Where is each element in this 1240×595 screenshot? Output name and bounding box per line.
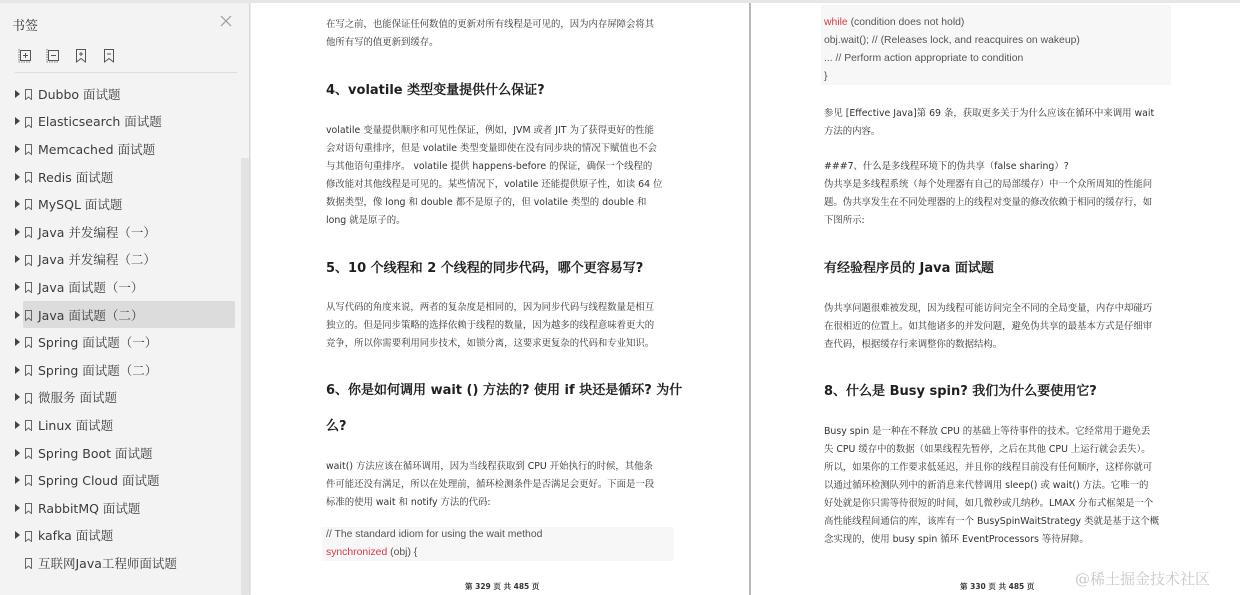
bookmarks-title: 书签 <box>12 15 38 34</box>
bookmark-label: 互联网Java工程师面试题 <box>38 554 177 572</box>
bookmark-item-internet-java-engineer[interactable]: 互联网Java工程师面试题 <box>0 549 240 577</box>
bookmark-icon <box>25 282 32 293</box>
bookmark-item-spring-boot[interactable]: Spring Boot 面试题 <box>0 439 240 467</box>
paragraph-line: 念实现的，使用 busy spin 循环 EventProcessors 等待屏… <box>824 531 1089 549</box>
paragraph-line: 件可能还没有满足，所以在处理前，循环检测条件是否满足会更好。下面是一段 <box>326 476 654 494</box>
bookmark-label: Spring 面试题（一） <box>38 333 157 351</box>
paragraph-line: 好处就是你只需等待很短的时间，如几微秒或几纳秒。LMAX 分布式框架是一个 <box>824 495 1153 513</box>
code-text: (obj) { <box>387 547 417 558</box>
expand-caret-icon[interactable] <box>15 255 20 263</box>
paragraph-line: 数据类型，像 long 和 double 都不是原子的，但 volatile 类… <box>326 194 646 212</box>
expand-caret-icon[interactable] <box>15 504 20 512</box>
expand-caret-icon[interactable] <box>15 90 20 98</box>
bookmark-item-spring-1[interactable]: Spring 面试题（一） <box>0 328 240 356</box>
expand-caret-icon[interactable] <box>15 476 20 484</box>
bookmark-label: Spring 面试题（二） <box>38 361 157 379</box>
bookmark-item-microservices[interactable]: 微服务 面试题 <box>0 384 240 412</box>
bookmark-label: Spring Boot 面试题 <box>38 444 153 462</box>
paragraph-line: 以通过循环检测队列中的新消息来代替调用 sleep() 或 wait() 方法。… <box>824 477 1148 495</box>
bookmark-icon <box>25 448 32 459</box>
bookmark-label: Dubbo 面试题 <box>38 85 121 103</box>
bookmark-label: Linux 面试题 <box>38 416 113 434</box>
add-bookmark-icon[interactable] <box>74 48 88 64</box>
code-line: // The standard idiom for using the wait… <box>326 529 542 540</box>
code-text: (condition does not hold) <box>848 17 965 28</box>
expand-caret-icon[interactable] <box>15 338 20 346</box>
bookmark-label: Java 面试题（二） <box>38 306 143 324</box>
bookmark-list: Dubbo 面试题 Elasticsearch 面试题 Memcached 面试… <box>0 80 240 577</box>
paragraph-line: volatile 变量提供顺序和可见性保证，例如，JVM 或者 JIT 为了获得… <box>326 122 654 140</box>
paragraph-line: ###7、什么是多线程环境下的伪共享（false sharing）? <box>824 158 1069 176</box>
paragraph-line: 竞争，所以你需要利用同步技术，如锁分离，这要求更复杂的代码和专业知识。 <box>326 335 654 353</box>
expand-caret-icon[interactable] <box>15 173 20 181</box>
code-line: } <box>824 71 827 82</box>
page-329: 在写之前，也能保证任何数值的更新对所有线程是可见的，因为内存屏障会将其 他所有写… <box>252 3 749 595</box>
code-line: while (condition does not hold) <box>824 17 964 28</box>
paragraph-line: 方法的内容。 <box>824 123 880 141</box>
sidebar-scrollbar[interactable] <box>241 158 249 595</box>
paragraph-line: 伪共享问题很难被发现，因为线程可能访问完全不同的全局变量，内存中却碰巧 <box>824 300 1152 318</box>
paragraph-line: 查代码，根据缓存行来调整你的数据结构。 <box>824 336 1002 354</box>
bookmark-label: RabbitMQ 面试题 <box>38 499 140 517</box>
bookmark-icon <box>25 558 32 569</box>
paragraph-line: 在很相近的位置上。如其他诸多的并发问题，避免伪共享的最基本方式是仔细审 <box>824 318 1152 336</box>
bookmark-icon <box>25 144 32 155</box>
bookmarks-toolbar <box>18 48 116 64</box>
paragraph-line: 参见 [Effective Java]第 69 条，获取更多关于为什么应该在循环… <box>824 105 1154 123</box>
code-line: ... // Perform action appropriate to con… <box>824 53 1023 64</box>
code-line: obj.wait(); // (Releases lock, and reacq… <box>824 35 1080 46</box>
paragraph-line: 与其他语句重排序。 volatile 提供 happens-before 的保证… <box>326 158 652 176</box>
paragraph-line: long 就是原子的。 <box>326 212 405 230</box>
bookmark-label: Memcached 面试题 <box>38 140 155 158</box>
expand-caret-icon[interactable] <box>15 366 20 374</box>
expand-caret-icon[interactable] <box>15 145 20 153</box>
bookmark-item-mysql[interactable]: MySQL 面试题 <box>0 190 240 218</box>
expand-all-icon[interactable] <box>18 48 32 64</box>
bookmark-item-java-concurrency-1[interactable]: Java 并发编程（一） <box>0 218 240 246</box>
code-keyword: while <box>824 17 848 28</box>
bookmark-icon <box>25 503 32 514</box>
heading-q8: 8、什么是 Busy spin? 我们为什么要使用它? <box>824 380 1097 399</box>
remove-bookmark-icon[interactable] <box>102 48 116 64</box>
paragraph-line: 题。伪共享发生在不同处理器的上的线程对变量的修改依赖于相同的缓存行，如 <box>824 194 1152 212</box>
bookmark-icon <box>25 475 32 486</box>
heading-q6: 6、你是如何调用 wait () 方法的? 使用 if 块还是循环? 为什 <box>326 379 682 398</box>
code-keyword: synchronized <box>326 547 387 558</box>
expand-caret-icon[interactable] <box>15 228 20 236</box>
bookmark-icon <box>25 255 32 266</box>
bookmark-icon <box>25 531 32 542</box>
divider <box>15 72 237 73</box>
expand-caret-icon[interactable] <box>15 283 20 291</box>
bookmark-label: Redis 面试题 <box>38 168 113 186</box>
bookmark-label: Spring Cloud 面试题 <box>38 471 160 489</box>
bookmark-icon <box>25 310 32 321</box>
bookmark-icon <box>25 420 32 431</box>
bookmark-icon <box>25 89 32 100</box>
bookmark-icon <box>25 117 32 128</box>
watermark: @稀土掘金技术社区 <box>1075 568 1210 589</box>
bookmark-item-elasticsearch[interactable]: Elasticsearch 面试题 <box>0 108 240 136</box>
bookmark-item-spring-cloud[interactable]: Spring Cloud 面试题 <box>0 466 240 494</box>
paragraph-line: 伪共享是多线程系统（每个处理器有自己的局部缓存）中一个众所周知的性能问 <box>824 176 1152 194</box>
bookmark-item-redis[interactable]: Redis 面试题 <box>0 163 240 191</box>
page-330: while (condition does not hold) obj.wait… <box>751 3 1240 595</box>
paragraph-line: 下图所示: <box>824 212 865 230</box>
paragraph-line: Busy spin 是一种在不释放 CPU 的基础上等待事件的技术。它经常用于避… <box>824 423 1150 441</box>
code-line: synchronized (obj) { <box>326 547 417 558</box>
bookmark-item-dubbo[interactable]: Dubbo 面试题 <box>0 80 240 108</box>
bookmark-label: Java 面试题（一） <box>38 278 143 296</box>
paragraph-line: 标准的使用 wait 和 notify 方法的代码: <box>326 494 491 512</box>
bookmark-item-memcached[interactable]: Memcached 面试题 <box>0 135 240 163</box>
bookmark-label: 微服务 面试题 <box>38 388 117 406</box>
expand-caret-icon[interactable] <box>15 200 20 208</box>
bookmark-label: MySQL 面试题 <box>38 195 122 213</box>
expand-caret-icon[interactable] <box>15 393 20 401</box>
collapse-all-icon[interactable] <box>46 48 60 64</box>
bookmarks-panel: 书签 Dubbo 面试题 Elasticsearch 面试题 <box>0 3 250 595</box>
paragraph-line: 从写代码的角度来说，两者的复杂度是相同的，因为同步代码与线程数量是相互 <box>326 299 654 317</box>
paragraph-line: 会对语句重排序，但是 volatile 类型变量即使在没有同步块的情况下赋值也不… <box>326 140 657 158</box>
bookmark-icon <box>25 199 32 210</box>
paragraph-line: 修改能对其他线程是可见的。某些情况下，volatile 还能提供原子性，如读 6… <box>326 176 662 194</box>
bookmark-icon <box>25 227 32 238</box>
heading-q4: 4、volatile 类型变量提供什么保证? <box>326 79 545 98</box>
expand-caret-icon[interactable] <box>15 449 20 457</box>
paragraph-line: 他所有写的值更新到缓存。 <box>326 34 439 52</box>
expand-caret-icon[interactable] <box>15 421 20 429</box>
heading-q5: 5、10 个线程和 2 个线程的同步代码，哪个更容易写? <box>326 257 643 276</box>
expand-caret-icon[interactable] <box>15 531 20 539</box>
heading-q6-cont: 么? <box>326 415 347 434</box>
heading-section: 有经验程序员的 Java 面试题 <box>824 257 994 276</box>
paragraph-line: 失 CPU 缓存中的数据（如果线程先暂停，之后在其他 CPU 上运行就会丢失）。 <box>824 441 1151 459</box>
bookmark-item-linux[interactable]: Linux 面试题 <box>0 411 240 439</box>
paragraph-line: 独立的。但是同步策略的选择依赖于线程的数量，因为越多的线程意味着更大的 <box>326 317 654 335</box>
page-footer: 第 329 页 共 485 页 <box>465 581 539 592</box>
bookmark-item-rabbitmq[interactable]: RabbitMQ 面试题 <box>0 494 240 522</box>
bookmark-item-java-interview-1[interactable]: Java 面试题（一） <box>0 273 240 301</box>
bookmark-icon <box>25 365 32 376</box>
expand-caret-icon[interactable] <box>15 117 20 125</box>
bookmark-item-java-concurrency-2[interactable]: Java 并发编程（二） <box>0 246 240 274</box>
expand-caret-icon[interactable] <box>15 311 20 319</box>
bookmark-label: kafka 面试题 <box>38 526 113 544</box>
bookmark-item-spring-2[interactable]: Spring 面试题（二） <box>0 356 240 384</box>
bookmark-item-java-interview-2[interactable]: Java 面试题（二） <box>0 301 240 329</box>
page-footer: 第 330 页 共 485 页 <box>960 581 1034 592</box>
close-icon[interactable] <box>218 13 234 29</box>
paragraph-line: 在写之前，也能保证任何数值的更新对所有线程是可见的，因为内存屏障会将其 <box>326 16 654 34</box>
bookmark-label: Java 并发编程（二） <box>38 250 156 268</box>
paragraph-line: 高性能线程间通信的库，该库有一个 BusySpinWaitStrategy 类就… <box>824 513 1159 531</box>
bookmark-icon <box>25 393 32 404</box>
bookmark-icon <box>25 172 32 183</box>
bookmark-item-kafka[interactable]: kafka 面试题 <box>0 522 240 550</box>
paragraph-line: 所以，如果你的工作要求低延迟，并且你的线程目前没有任何顺序，这样你就可 <box>824 459 1152 477</box>
paragraph-line: wait() 方法应该在循环调用，因为当线程获取到 CPU 开始执行的时候，其他… <box>326 458 653 476</box>
bookmark-icon <box>25 337 32 348</box>
bookmark-label: Java 并发编程（一） <box>38 223 156 241</box>
bookmark-label: Elasticsearch 面试题 <box>38 112 162 130</box>
